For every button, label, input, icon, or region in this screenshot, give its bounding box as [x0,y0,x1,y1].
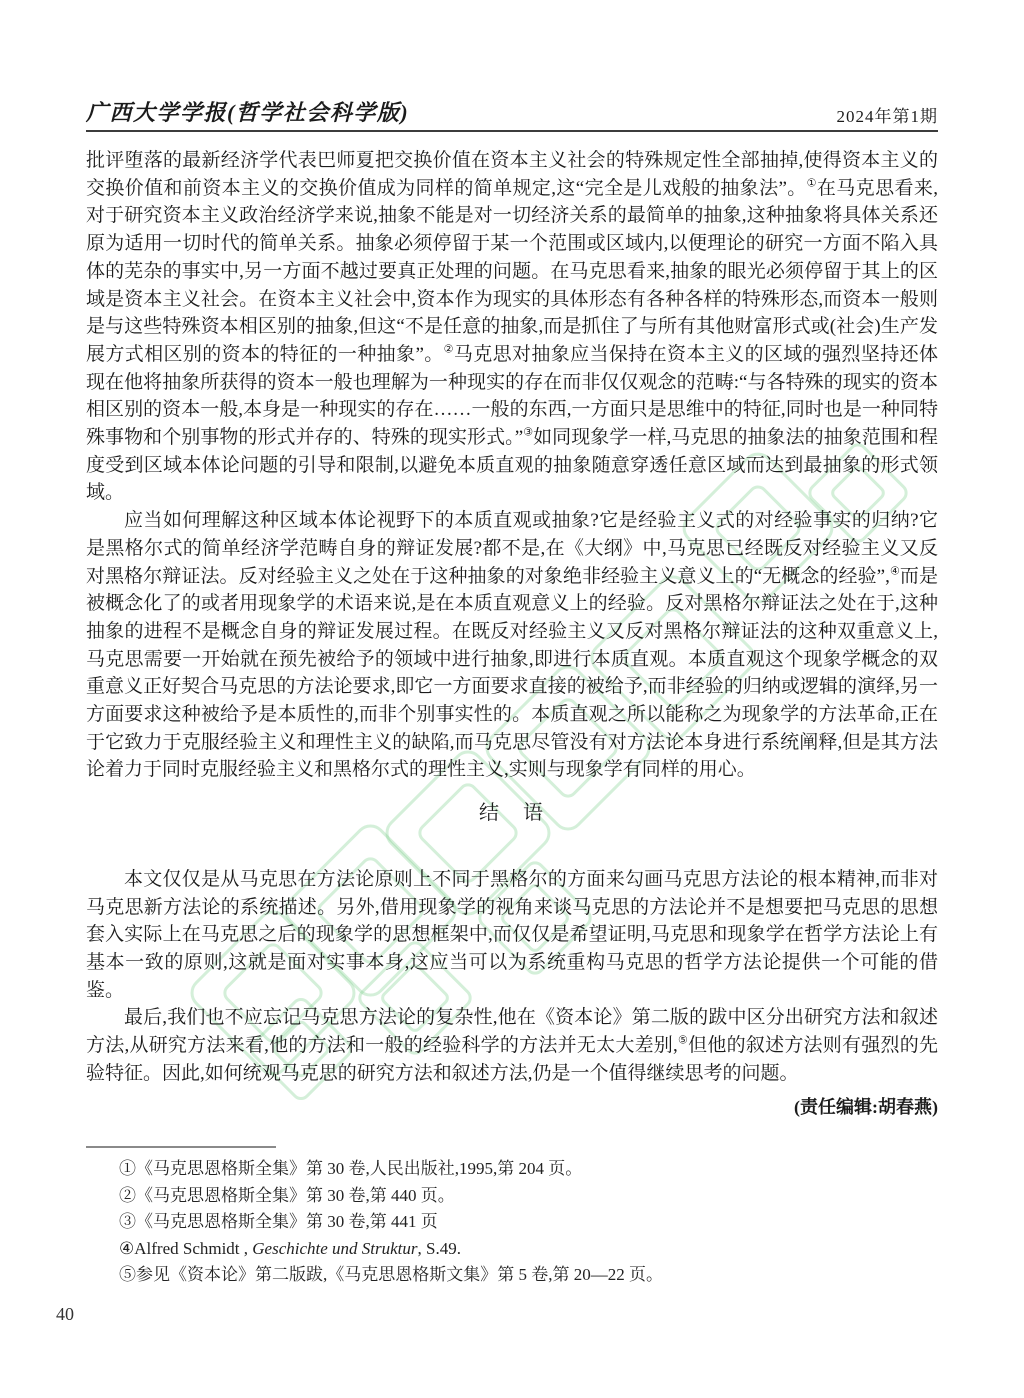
text-run: 批评堕落的最新经济学代表巴师夏把交换价值在资本主义社会的特殊规定性全部抽掉,使得… [86,150,938,199]
text-run: ⑤参见《资本论》第二版跋,《马克思恩格斯文集》第 5 卷,第 20—22 页。 [119,1265,663,1284]
footnote: ⑤参见《资本论》第二版跋,《马克思恩格斯文集》第 5 卷,第 20—22 页。 [86,1262,938,1289]
text-run: ②《马克思恩格斯全集》第 30 卷,第 440 页。 [119,1186,455,1205]
paragraph: 本文仅仅是从马克思在方法论原则上不同于黑格尔的方面来勾画马克思方法论的根本精神,… [86,866,938,1005]
journal-title: 广西大学学报(哲学社会科学版) [86,96,409,127]
footnote-ref: ⑤ [678,1035,688,1047]
paragraph: 批评堕落的最新经济学代表巴师夏把交换价值在资本主义社会的特殊规定性全部抽掉,使得… [86,147,938,507]
footnote-ref: ① [807,177,817,189]
text-run: 在马克思看来,对于研究资本主义政治经济学来说,抽象不能是对一切经济关系的最简单的… [86,178,938,365]
text-run: 本文仅仅是从马克思在方法论原则上不同于黑格尔的方面来勾画马克思方法论的根本精神,… [86,869,938,1001]
paragraph: 最后,我们也不应忘记马克思方法论的复杂性,他在《资本论》第二版的跋中区分出研究方… [86,1004,938,1087]
paragraph: 应当如何理解这种区域本体论视野下的本质直观或抽象?它是经验主义式的对经验事实的归… [86,507,938,784]
footnote: ③《马克思恩格斯全集》第 30 卷,第 441 页 [86,1209,938,1236]
section-heading: 结 语 [86,800,938,828]
issue-label: 2024年第1期 [837,102,939,127]
text-run: , S.49. [418,1239,461,1258]
text-run: 应当如何理解这种区域本体论视野下的本质直观或抽象?它是经验主义式的对经验事实的归… [86,510,938,586]
footnote: ①《马克思恩格斯全集》第 30 卷,人民出版社,1995,第 204 页。 [86,1156,938,1183]
page-number: 40 [56,1304,74,1325]
footnote-ref: ④ [890,565,900,577]
text-run: ①《马克思恩格斯全集》第 30 卷,人民出版社,1995,第 204 页。 [119,1159,582,1178]
text-run: Geschichte und Struktur [252,1239,417,1258]
footnote-ref: ② [444,344,454,356]
article-body: 批评堕落的最新经济学代表巴师夏把交换价值在资本主义社会的特殊规定性全部抽掉,使得… [86,147,938,1121]
text-run: 而是被概念化了的或者用现象学的术语来说,是在本质直观意义上的经验。反对黑格尔辩证… [86,566,938,781]
footnotes: ①《马克思恩格斯全集》第 30 卷,人民出版社,1995,第 204 页。 ②《… [86,1146,938,1289]
footnote: ④Alfred Schmidt , Geschichte und Struktu… [86,1236,938,1263]
footnote: ②《马克思恩格斯全集》第 30 卷,第 440 页。 [86,1183,938,1210]
page-header: 广西大学学报(哲学社会科学版) 2024年第1期 [86,96,938,127]
text-run: ④Alfred Schmidt , [119,1239,252,1258]
text-run: ③《马克思恩格斯全集》第 30 卷,第 441 页 [119,1212,438,1231]
footnote-separator [86,1146,276,1148]
journal-page: 广西大学学报(哲学社会科学版) 2024年第1期 批评堕落的最新经济学代表巴师夏… [0,0,1024,1398]
editor-note: (责任编辑:胡春燕) [86,1094,938,1122]
footnote-ref: ③ [523,427,533,439]
header-rule [86,130,938,132]
